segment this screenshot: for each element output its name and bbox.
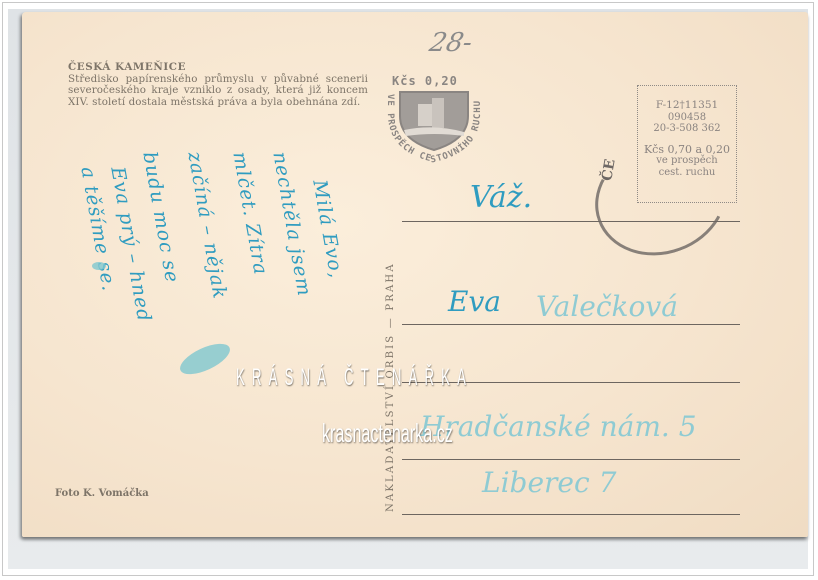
- caption-body: Středisko papírenského průmyslu v půvabn…: [68, 74, 368, 109]
- address-street: Hradčanské nám. 5: [420, 410, 697, 443]
- revenue-stamp-number: 20-3-508 362: [638, 123, 736, 135]
- postcard-caption: ČESKÁ KAMEŇICE Středisko papírenského pr…: [68, 62, 368, 108]
- watermark-title: KRÁSNÁ ČTENÁŘKA: [236, 364, 473, 392]
- address-city: Liberec 7: [482, 466, 616, 499]
- caption-title: ČESKÁ KAMEŇICE: [68, 62, 368, 74]
- revenue-stamp-serial: 090458: [638, 112, 736, 124]
- address-line-2: [402, 324, 740, 325]
- ink-blot: [92, 262, 106, 270]
- emblem-stamp: Kčs 0,20 VE PROSPĚCH CESTOVNÍHO RUCHU: [378, 74, 490, 166]
- handwritten-number: 28-: [427, 28, 475, 58]
- address-line-5: [402, 514, 740, 515]
- address-first-name: Eva: [448, 285, 501, 318]
- address-last-name: Valečková: [536, 290, 678, 323]
- castle-shield-icon: VE PROSPĚCH CESTOVNÍHO RUCHU: [378, 74, 490, 166]
- address-line-4: [402, 459, 740, 460]
- address-line-1: [402, 221, 740, 222]
- revenue-stamp-code: F-12†11351: [638, 100, 736, 112]
- address-salutation: Váž.: [470, 180, 532, 215]
- photo-credit: Foto K. Vomáčka: [55, 488, 149, 499]
- watermark-url: krasnactenarka.cz: [322, 418, 453, 449]
